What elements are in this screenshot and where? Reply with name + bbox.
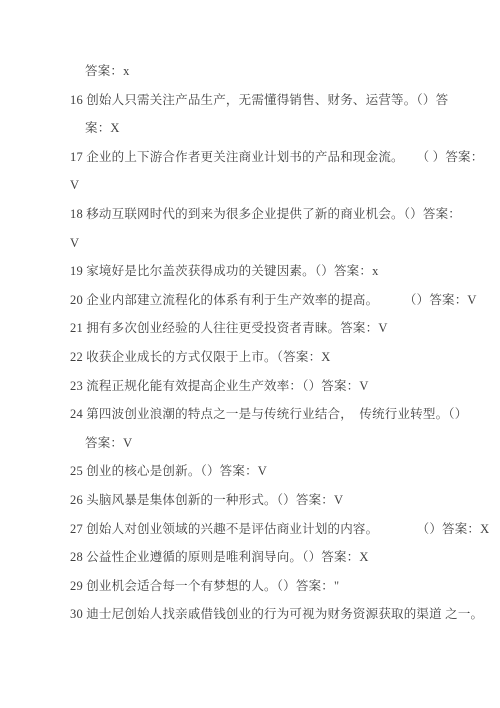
question-line-23: 23 流程正规化能有效提高企业生产效率：（）答案：V (70, 372, 480, 401)
question-line-16: 16 创始人只需关注产品生产，无需懂得销售、财务、运营等。（）答 (70, 86, 480, 115)
question-line-20: 20 企业内部建立流程化的体系有利于生产效率的提高。 （）答案：V (70, 286, 480, 315)
question-line-26: 26 头脑风暴是集体创新的一种形式。（）答案：V (70, 486, 480, 515)
answer-continuation-line: V (70, 229, 480, 258)
question-line-18: 18 移动互联网时代的到来为很多企业提供了新的商业机会。（）答案： (70, 200, 480, 229)
question-line-30: 30 迪士尼创始人找亲戚借钱创业的行为可视为财务资源获取的渠道 之一。 (70, 600, 480, 629)
answer-continuation-line: 答案：V (70, 429, 480, 458)
answer-continuation-line: 案：X (70, 114, 480, 143)
question-line-29: 29 创业机会适合每一个有梦想的人。（）答案：" (70, 572, 480, 601)
question-line-17: 17 企业的上下游合作者更关注商业计划书的产品和现金流。 （ ）答案： (70, 143, 480, 172)
question-line-24: 24 第四波创业浪潮的特点之一是与传统行业结合， 传统行业转型。（） (70, 400, 480, 429)
answer-continuation-line: 答案：x (70, 57, 480, 86)
question-line-27: 27 创始人对创业领域的兴趣不是评估商业计划的内容。 （）答案：X (70, 515, 480, 544)
question-line-25: 25 创业的核心是创新。（）答案：V (70, 457, 480, 486)
document-page: 答案：x 16 创始人只需关注产品生产，无需懂得销售、财务、运营等。（）答 案：… (0, 0, 500, 708)
question-line-19: 19 家境好是比尔盖茨获得成功的关键因素。（）答案：x (70, 257, 480, 286)
answer-continuation-line: V (70, 171, 480, 200)
question-line-28: 28 公益性企业遵循的原则是唯利润导向。（）答案：X (70, 543, 480, 572)
question-line-22: 22 收获企业成长的方式仅限于上市。（答案：X (70, 343, 480, 372)
question-line-21: 21 拥有多次创业经验的人往往更受投资者青睐。答案：V (70, 314, 480, 343)
